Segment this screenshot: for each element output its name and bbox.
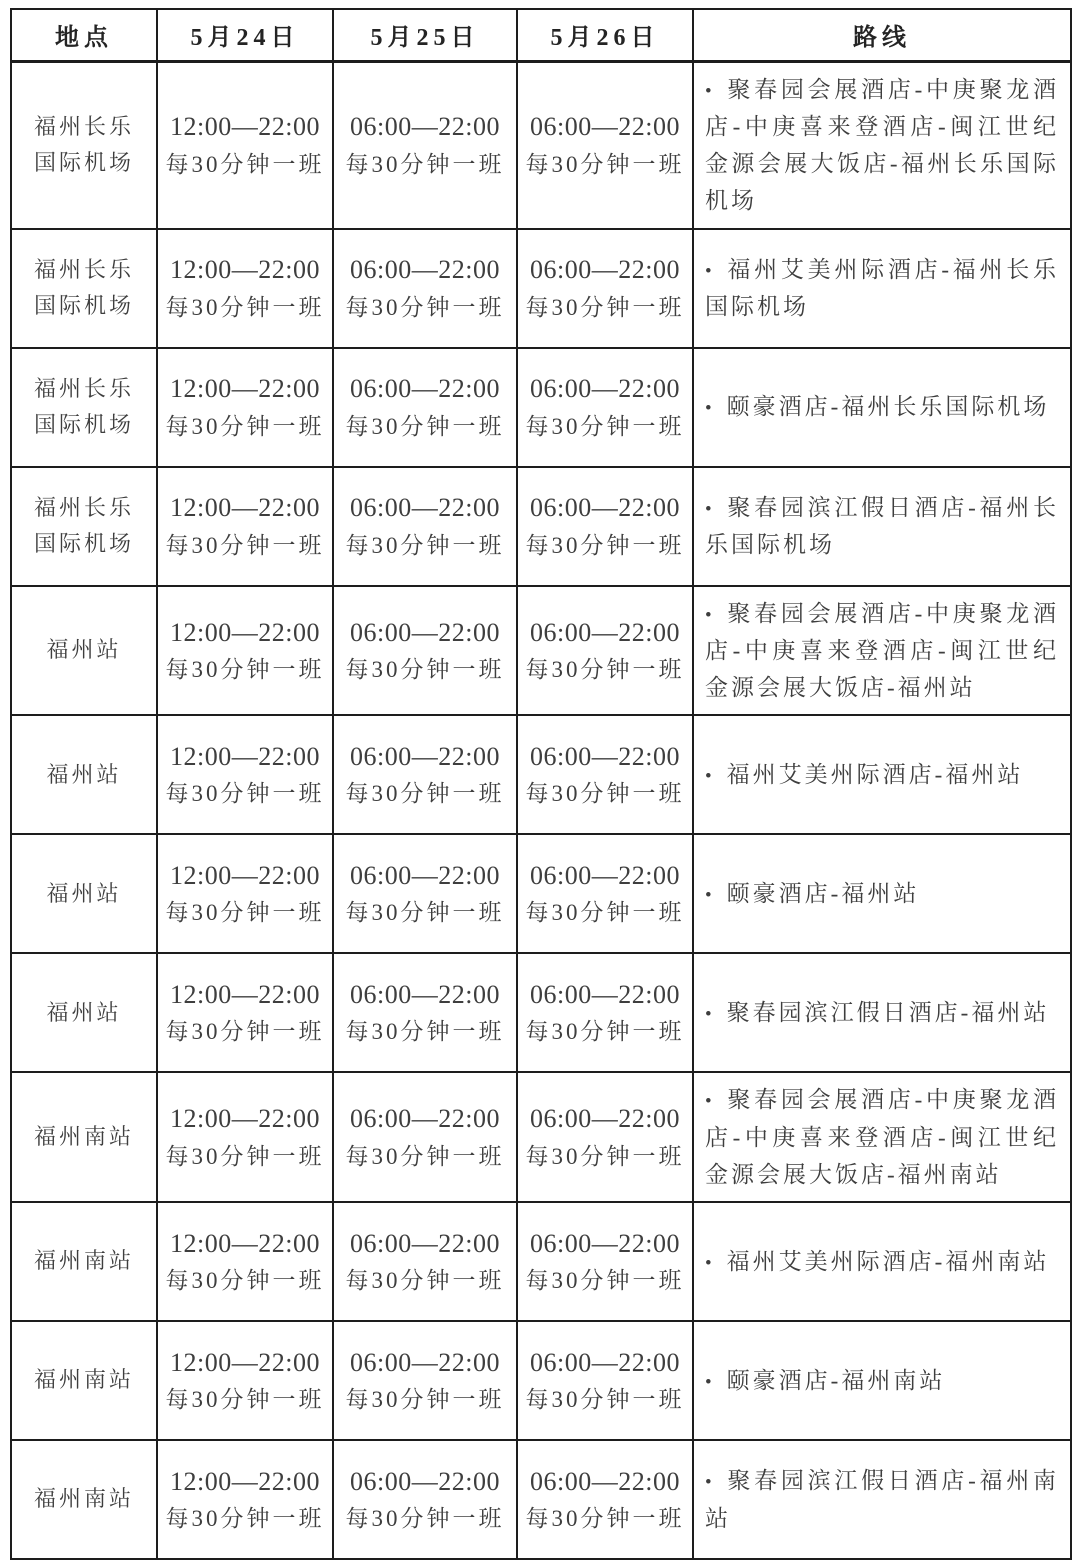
may24-cell: 12:00—22:00 每30分钟一班: [157, 348, 333, 467]
may26-cell: 06:00—22:00 每30分钟一班: [517, 229, 693, 348]
time-range: 06:00—22:00: [335, 252, 515, 288]
route-cell: •聚春园会展酒店-中庚聚龙酒店-中庚喜来登酒店-闽江世纪金源会展大饭店-福州长乐…: [693, 61, 1071, 229]
frequency: 每30分钟一班: [519, 1503, 691, 1535]
frequency: 每30分钟一班: [519, 1384, 691, 1416]
bullet-icon: •: [705, 1372, 715, 1393]
frequency: 每30分钟一班: [159, 530, 331, 562]
may24-cell: 12:00—22:00 每30分钟一班: [157, 586, 333, 716]
route-cell: •聚春园滨江假日酒店-福州南站: [693, 1440, 1071, 1559]
table-row: 福州长乐 国际机场 12:00—22:00 每30分钟一班 06:00—22:0…: [11, 229, 1071, 348]
frequency: 每30分钟一班: [335, 292, 515, 324]
location-cell: 福州长乐 国际机场: [11, 229, 157, 348]
table-row: 福州南站 12:00—22:00 每30分钟一班 06:00—22:00 每30…: [11, 1072, 1071, 1202]
bullet-icon: •: [705, 885, 715, 906]
may25-cell: 06:00—22:00 每30分钟一班: [333, 1072, 517, 1202]
route-text: 聚春园滨江假日酒店-福州长乐国际机场: [705, 495, 1059, 557]
time-range: 06:00—22:00: [335, 490, 515, 526]
time-range: 06:00—22:00: [335, 1101, 515, 1137]
may26-cell: 06:00—22:00 每30分钟一班: [517, 586, 693, 716]
time-range: 06:00—22:00: [519, 490, 691, 526]
may25-cell: 06:00—22:00 每30分钟一班: [333, 1440, 517, 1559]
route-cell: •聚春园滨江假日酒店-福州长乐国际机场: [693, 467, 1071, 586]
time-range: 06:00—22:00: [335, 858, 515, 894]
may26-cell: 06:00—22:00 每30分钟一班: [517, 1072, 693, 1202]
may25-cell: 06:00—22:00 每30分钟一班: [333, 715, 517, 834]
frequency: 每30分钟一班: [519, 897, 691, 929]
frequency: 每30分钟一班: [335, 1016, 515, 1048]
route-text: 颐豪酒店-福州南站: [727, 1368, 946, 1393]
may25-cell: 06:00—22:00 每30分钟一班: [333, 953, 517, 1072]
route-text: 福州艾美州际酒店-福州站: [727, 762, 1024, 787]
may26-cell: 06:00—22:00 每30分钟一班: [517, 953, 693, 1072]
route-text: 聚春园滨江假日酒店-福州南站: [705, 1468, 1059, 1530]
may25-cell: 06:00—22:00 每30分钟一班: [333, 229, 517, 348]
may26-cell: 06:00—22:00 每30分钟一班: [517, 1440, 693, 1559]
header-may24: 5月24日: [157, 9, 333, 61]
frequency: 每30分钟一班: [335, 778, 515, 810]
location-cell: 福州站: [11, 586, 157, 716]
may24-cell: 12:00—22:00 每30分钟一班: [157, 61, 333, 229]
time-range: 06:00—22:00: [519, 1464, 691, 1500]
may24-cell: 12:00—22:00 每30分钟一班: [157, 1440, 333, 1559]
location-cell: 福州站: [11, 834, 157, 953]
frequency: 每30分钟一班: [159, 1016, 331, 1048]
frequency: 每30分钟一班: [335, 1141, 515, 1173]
bullet-icon: •: [705, 1253, 715, 1274]
may26-cell: 06:00—22:00 每30分钟一班: [517, 715, 693, 834]
frequency: 每30分钟一班: [159, 897, 331, 929]
time-range: 12:00—22:00: [159, 109, 331, 145]
frequency: 每30分钟一班: [335, 530, 515, 562]
route-text: 聚春园会展酒店-中庚聚龙酒店-中庚喜来登酒店-闽江世纪金源会展大饭店-福州长乐国…: [705, 77, 1059, 214]
may26-cell: 06:00—22:00 每30分钟一班: [517, 1202, 693, 1321]
table-row: 福州站 12:00—22:00 每30分钟一班 06:00—22:00 每30分…: [11, 586, 1071, 716]
table-row: 福州南站 12:00—22:00 每30分钟一班 06:00—22:00 每30…: [11, 1202, 1071, 1321]
location-cell: 福州站: [11, 715, 157, 834]
frequency: 每30分钟一班: [335, 1265, 515, 1297]
frequency: 每30分钟一班: [519, 149, 691, 181]
frequency: 每30分钟一班: [159, 1384, 331, 1416]
location-cell: 福州长乐 国际机场: [11, 61, 157, 229]
frequency: 每30分钟一班: [519, 292, 691, 324]
route-text: 颐豪酒店-福州站: [727, 881, 920, 906]
may24-cell: 12:00—22:00 每30分钟一班: [157, 467, 333, 586]
bullet-icon: •: [705, 766, 715, 787]
route-cell: •聚春园滨江假日酒店-福州站: [693, 953, 1071, 1072]
location-cell: 福州南站: [11, 1321, 157, 1440]
time-range: 06:00—22:00: [519, 977, 691, 1013]
frequency: 每30分钟一班: [335, 897, 515, 929]
time-range: 12:00—22:00: [159, 1226, 331, 1262]
time-range: 06:00—22:00: [519, 109, 691, 145]
frequency: 每30分钟一班: [519, 1016, 691, 1048]
time-range: 06:00—22:00: [335, 371, 515, 407]
frequency: 每30分钟一班: [159, 149, 331, 181]
time-range: 12:00—22:00: [159, 615, 331, 651]
may25-cell: 06:00—22:00 每30分钟一班: [333, 467, 517, 586]
time-range: 12:00—22:00: [159, 977, 331, 1013]
location-cell: 福州站: [11, 953, 157, 1072]
frequency: 每30分钟一班: [159, 654, 331, 686]
frequency: 每30分钟一班: [519, 530, 691, 562]
time-range: 12:00—22:00: [159, 371, 331, 407]
frequency: 每30分钟一班: [519, 1141, 691, 1173]
time-range: 12:00—22:00: [159, 739, 331, 775]
may26-cell: 06:00—22:00 每30分钟一班: [517, 61, 693, 229]
time-range: 06:00—22:00: [519, 739, 691, 775]
time-range: 12:00—22:00: [159, 1345, 331, 1381]
time-range: 06:00—22:00: [335, 1226, 515, 1262]
may24-cell: 12:00—22:00 每30分钟一班: [157, 715, 333, 834]
bullet-icon: •: [705, 81, 715, 102]
frequency: 每30分钟一班: [335, 411, 515, 443]
route-text: 福州艾美州际酒店-福州南站: [727, 1249, 1050, 1274]
may25-cell: 06:00—22:00 每30分钟一班: [333, 61, 517, 229]
time-range: 06:00—22:00: [519, 1226, 691, 1262]
time-range: 06:00—22:00: [519, 615, 691, 651]
header-route: 路线: [693, 9, 1071, 61]
may25-cell: 06:00—22:00 每30分钟一班: [333, 834, 517, 953]
time-range: 06:00—22:00: [519, 252, 691, 288]
frequency: 每30分钟一班: [519, 1265, 691, 1297]
time-range: 06:00—22:00: [519, 1101, 691, 1137]
shuttle-schedule-table: 地点 5月24日 5月25日 5月26日 路线 福州长乐 国际机场 12:00—…: [10, 8, 1072, 1560]
may24-cell: 12:00—22:00 每30分钟一班: [157, 953, 333, 1072]
frequency: 每30分钟一班: [335, 149, 515, 181]
may25-cell: 06:00—22:00 每30分钟一班: [333, 348, 517, 467]
table-row: 福州长乐 国际机场 12:00—22:00 每30分钟一班 06:00—22:0…: [11, 61, 1071, 229]
may24-cell: 12:00—22:00 每30分钟一班: [157, 834, 333, 953]
table-row: 福州站 12:00—22:00 每30分钟一班 06:00—22:00 每30分…: [11, 715, 1071, 834]
frequency: 每30分钟一班: [335, 1384, 515, 1416]
frequency: 每30分钟一班: [159, 1141, 331, 1173]
route-cell: •颐豪酒店-福州南站: [693, 1321, 1071, 1440]
page: 地点 5月24日 5月25日 5月26日 路线 福州长乐 国际机场 12:00—…: [0, 0, 1080, 1568]
route-cell: •福州艾美州际酒店-福州站: [693, 715, 1071, 834]
may26-cell: 06:00—22:00 每30分钟一班: [517, 467, 693, 586]
frequency: 每30分钟一班: [159, 411, 331, 443]
location-cell: 福州南站: [11, 1440, 157, 1559]
table-row: 福州长乐 国际机场 12:00—22:00 每30分钟一班 06:00—22:0…: [11, 467, 1071, 586]
time-range: 06:00—22:00: [335, 1345, 515, 1381]
time-range: 12:00—22:00: [159, 490, 331, 526]
route-cell: •聚春园会展酒店-中庚聚龙酒店-中庚喜来登酒店-闽江世纪金源会展大饭店-福州站: [693, 586, 1071, 716]
frequency: 每30分钟一班: [159, 292, 331, 324]
bullet-icon: •: [705, 1091, 715, 1112]
location-cell: 福州南站: [11, 1202, 157, 1321]
route-text: 聚春园滨江假日酒店-福州站: [727, 1000, 1050, 1025]
table-row: 福州站 12:00—22:00 每30分钟一班 06:00—22:00 每30分…: [11, 953, 1071, 1072]
route-text: 聚春园会展酒店-中庚聚龙酒店-中庚喜来登酒店-闽江世纪金源会展大饭店-福州南站: [705, 1087, 1059, 1187]
route-cell: •颐豪酒店-福州长乐国际机场: [693, 348, 1071, 467]
bullet-icon: •: [705, 605, 715, 626]
route-text: 聚春园会展酒店-中庚聚龙酒店-中庚喜来登酒店-闽江世纪金源会展大饭店-福州站: [705, 601, 1059, 701]
may24-cell: 12:00—22:00 每30分钟一班: [157, 1202, 333, 1321]
time-range: 12:00—22:00: [159, 252, 331, 288]
frequency: 每30分钟一班: [335, 654, 515, 686]
may24-cell: 12:00—22:00 每30分钟一班: [157, 1321, 333, 1440]
frequency: 每30分钟一班: [159, 778, 331, 810]
bullet-icon: •: [705, 499, 715, 520]
may25-cell: 06:00—22:00 每30分钟一班: [333, 1321, 517, 1440]
frequency: 每30分钟一班: [335, 1503, 515, 1535]
header-location: 地点: [11, 9, 157, 61]
may24-cell: 12:00—22:00 每30分钟一班: [157, 229, 333, 348]
table-row: 福州站 12:00—22:00 每30分钟一班 06:00—22:00 每30分…: [11, 834, 1071, 953]
time-range: 06:00—22:00: [519, 371, 691, 407]
route-cell: •聚春园会展酒店-中庚聚龙酒店-中庚喜来登酒店-闽江世纪金源会展大饭店-福州南站: [693, 1072, 1071, 1202]
frequency: 每30分钟一班: [519, 411, 691, 443]
table-row: 福州长乐 国际机场 12:00—22:00 每30分钟一班 06:00—22:0…: [11, 348, 1071, 467]
route-text: 颐豪酒店-福州长乐国际机场: [727, 394, 1050, 419]
time-range: 06:00—22:00: [335, 615, 515, 651]
frequency: 每30分钟一班: [159, 1503, 331, 1535]
bullet-icon: •: [705, 1004, 715, 1025]
bullet-icon: •: [705, 1472, 715, 1493]
may26-cell: 06:00—22:00 每30分钟一班: [517, 834, 693, 953]
time-range: 12:00—22:00: [159, 858, 331, 894]
route-text: 福州艾美州际酒店-福州长乐国际机场: [705, 257, 1059, 319]
may26-cell: 06:00—22:00 每30分钟一班: [517, 1321, 693, 1440]
frequency: 每30分钟一班: [159, 1265, 331, 1297]
time-range: 06:00—22:00: [519, 858, 691, 894]
route-cell: •福州艾美州际酒店-福州长乐国际机场: [693, 229, 1071, 348]
location-cell: 福州南站: [11, 1072, 157, 1202]
time-range: 06:00—22:00: [335, 977, 515, 1013]
route-cell: •福州艾美州际酒店-福州南站: [693, 1202, 1071, 1321]
time-range: 06:00—22:00: [335, 739, 515, 775]
time-range: 06:00—22:00: [335, 109, 515, 145]
route-cell: •颐豪酒店-福州站: [693, 834, 1071, 953]
frequency: 每30分钟一班: [519, 778, 691, 810]
table-row: 福州南站 12:00—22:00 每30分钟一班 06:00—22:00 每30…: [11, 1440, 1071, 1559]
header-may26: 5月26日: [517, 9, 693, 61]
bullet-icon: •: [705, 261, 715, 282]
time-range: 12:00—22:00: [159, 1101, 331, 1137]
time-range: 12:00—22:00: [159, 1464, 331, 1500]
header-may25: 5月25日: [333, 9, 517, 61]
may25-cell: 06:00—22:00 每30分钟一班: [333, 1202, 517, 1321]
may26-cell: 06:00—22:00 每30分钟一班: [517, 348, 693, 467]
table-header-row: 地点 5月24日 5月25日 5月26日 路线: [11, 9, 1071, 61]
frequency: 每30分钟一班: [519, 654, 691, 686]
bullet-icon: •: [705, 398, 715, 419]
table-row: 福州南站 12:00—22:00 每30分钟一班 06:00—22:00 每30…: [11, 1321, 1071, 1440]
may24-cell: 12:00—22:00 每30分钟一班: [157, 1072, 333, 1202]
may25-cell: 06:00—22:00 每30分钟一班: [333, 586, 517, 716]
location-cell: 福州长乐 国际机场: [11, 348, 157, 467]
location-cell: 福州长乐 国际机场: [11, 467, 157, 586]
time-range: 06:00—22:00: [519, 1345, 691, 1381]
time-range: 06:00—22:00: [335, 1464, 515, 1500]
